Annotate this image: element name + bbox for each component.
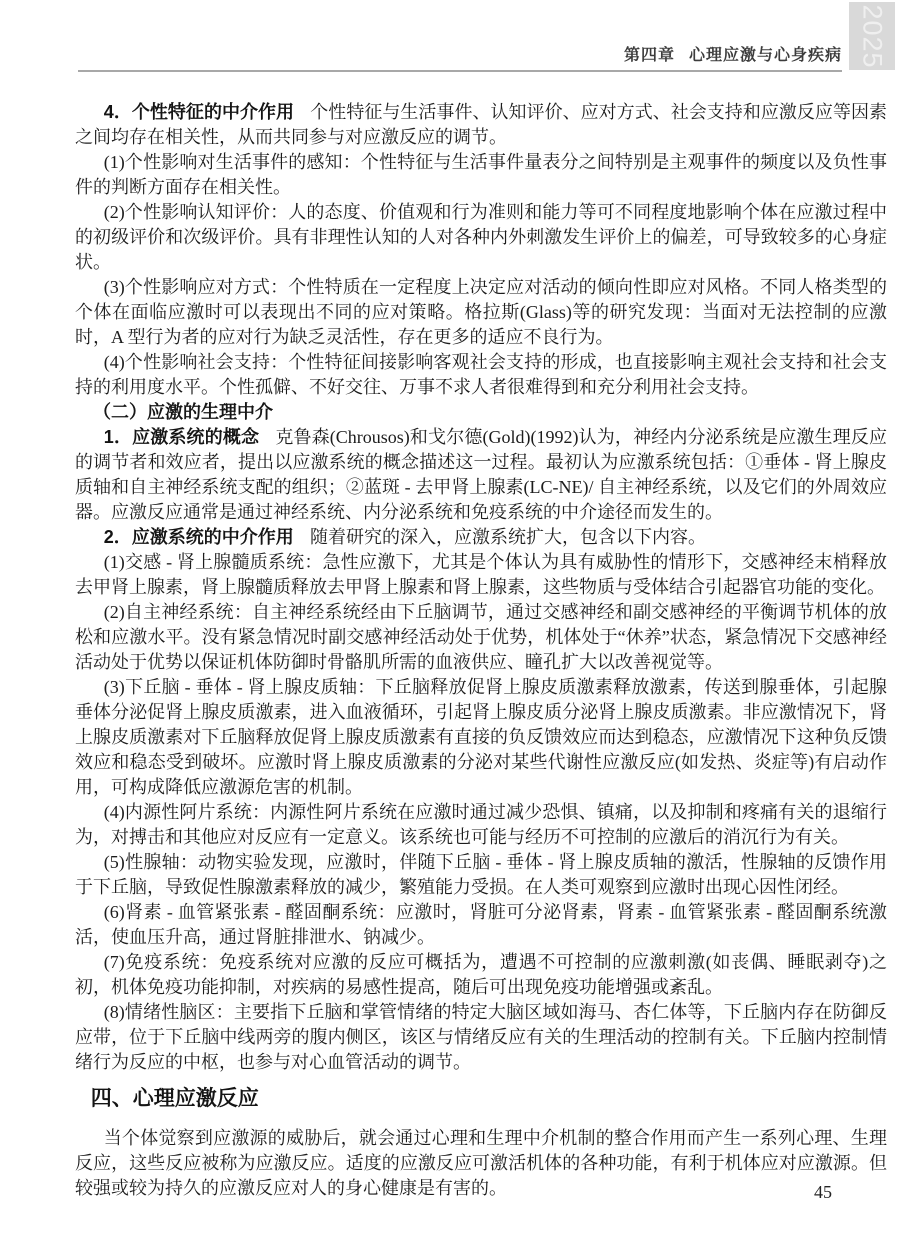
subsection-heading: （二）应激的生理中介 <box>75 400 887 425</box>
paragraph: 2．应激系统的中介作用随着研究的深入，应激系统扩大，包含以下内容。 <box>75 525 887 550</box>
section-heading: 四、心理应激反应 <box>75 1085 887 1113</box>
paragraph-text: (3)个性影响应对方式：个性特质在一定程度上决定应对活动的倾向性即应对风格。不同… <box>75 277 887 347</box>
paragraph-text: (7)免疫系统：免疫系统对应激的反应可概括为，遭遇不可控制的应激刺激(如丧偶、睡… <box>75 952 887 997</box>
paragraph: 4．个性特征的中介作用个性特征与生活事件、认知评价、应对方式、社会支持和应激反应… <box>75 100 887 150</box>
chapter-label: 第四章 <box>624 47 675 64</box>
running-header: 第四章心理应激与心身疾病 <box>624 42 842 65</box>
paragraph: (4)个性影响社会支持：个性特征间接影响客观社会支持的形成，也直接影响主观社会支… <box>75 350 887 400</box>
paragraph-text: （二）应激的生理中介 <box>93 402 273 422</box>
paragraph-text: (8)情绪性脑区：主要指下丘脑和掌管情绪的特定大脑区域如海马、杏仁体等，下丘脑内… <box>75 1002 887 1072</box>
paragraph: 1．应激系统的概念克鲁森(Chrousos)和戈尔德(Gold)(1992)认为… <box>75 425 887 525</box>
paragraph-text: (5)性腺轴：动物实验发现，应激时，伴随下丘脑 - 垂体 - 肾上腺皮质轴的激活… <box>75 852 887 897</box>
paragraph-text: (4)内源性阿片系统：内源性阿片系统在应激时通过减少恐惧、镇痛，以及抑制和疼痛有… <box>75 802 887 847</box>
paragraph-text: 当个体觉察到应激源的威胁后，就会通过心理和生理中介机制的整合作用而产生一系列心理… <box>75 1128 887 1198</box>
paragraph-text: (1)交感 - 肾上腺髓质系统：急性应激下，尤其是个体认为具有威胁性的情形下，交… <box>75 552 887 597</box>
page-body: 4．个性特征的中介作用个性特征与生活事件、认知评价、应对方式、社会支持和应激反应… <box>75 100 887 1201</box>
year-tab: 2025 <box>849 2 895 70</box>
paragraph: (1)个性影响对生活事件的感知：个性特征与生活事件量表分之间特别是主观事件的频度… <box>75 150 887 200</box>
paragraph-lead: 2．应激系统的中介作用 <box>104 527 294 547</box>
paragraph: (8)情绪性脑区：主要指下丘脑和掌管情绪的特定大脑区域如海马、杏仁体等，下丘脑内… <box>75 1000 887 1075</box>
paragraph-text: (2)自主神经系统：自主神经系统经由下丘脑调节，通过交感神经和副交感神经的平衡调… <box>75 602 887 672</box>
paragraph: (5)性腺轴：动物实验发现，应激时，伴随下丘脑 - 垂体 - 肾上腺皮质轴的激活… <box>75 850 887 900</box>
paragraph-text: (4)个性影响社会支持：个性特征间接影响客观社会支持的形成，也直接影响主观社会支… <box>75 352 887 397</box>
paragraph-text: (6)肾素 - 血管紧张素 - 醛固酮系统：应激时，肾脏可分泌肾素，肾素 - 血… <box>75 902 887 947</box>
paragraph: (2)个性影响认知评价：人的态度、价值观和行为准则和能力等可不同程度地影响个体在… <box>75 200 887 275</box>
year-tab-label: 2025 <box>857 4 888 68</box>
paragraph: (6)肾素 - 血管紧张素 - 醛固酮系统：应激时，肾脏可分泌肾素，肾素 - 血… <box>75 900 887 950</box>
chapter-title: 心理应激与心身疾病 <box>689 47 842 64</box>
paragraph: (3)个性影响应对方式：个性特质在一定程度上决定应对活动的倾向性即应对风格。不同… <box>75 275 887 350</box>
page-number: 45 <box>814 1182 832 1203</box>
paragraph-text: 随着研究的深入，应激系统扩大，包含以下内容。 <box>310 527 706 547</box>
paragraph: (3)下丘脑 - 垂体 - 肾上腺皮质轴：下丘脑释放促肾上腺皮质激素释放激素，传… <box>75 675 887 800</box>
paragraph-text: (2)个性影响认知评价：人的态度、价值观和行为准则和能力等可不同程度地影响个体在… <box>75 202 887 272</box>
book-page: 第四章心理应激与心身疾病 2025 4．个性特征的中介作用个性特征与生活事件、认… <box>0 0 900 1241</box>
paragraph: (4)内源性阿片系统：内源性阿片系统在应激时通过减少恐惧、镇痛，以及抑制和疼痛有… <box>75 800 887 850</box>
paragraph-lead: 4．个性特征的中介作用 <box>104 102 294 122</box>
paragraph-text: (3)下丘脑 - 垂体 - 肾上腺皮质轴：下丘脑释放促肾上腺皮质激素释放激素，传… <box>75 677 887 797</box>
paragraph: 当个体觉察到应激源的威胁后，就会通过心理和生理中介机制的整合作用而产生一系列心理… <box>75 1126 887 1201</box>
paragraph: (7)免疫系统：免疫系统对应激的反应可概括为，遭遇不可控制的应激刺激(如丧偶、睡… <box>75 950 887 1000</box>
section-heading-text: 四、心理应激反应 <box>91 1087 259 1110</box>
paragraph: (2)自主神经系统：自主神经系统经由下丘脑调节，通过交感神经和副交感神经的平衡调… <box>75 600 887 675</box>
paragraph: (1)交感 - 肾上腺髓质系统：急性应激下，尤其是个体认为具有威胁性的情形下，交… <box>75 550 887 600</box>
header-rule <box>78 70 842 72</box>
paragraph-lead: 1．应激系统的概念 <box>104 427 259 447</box>
paragraph-text: (1)个性影响对生活事件的感知：个性特征与生活事件量表分之间特别是主观事件的频度… <box>75 152 887 197</box>
